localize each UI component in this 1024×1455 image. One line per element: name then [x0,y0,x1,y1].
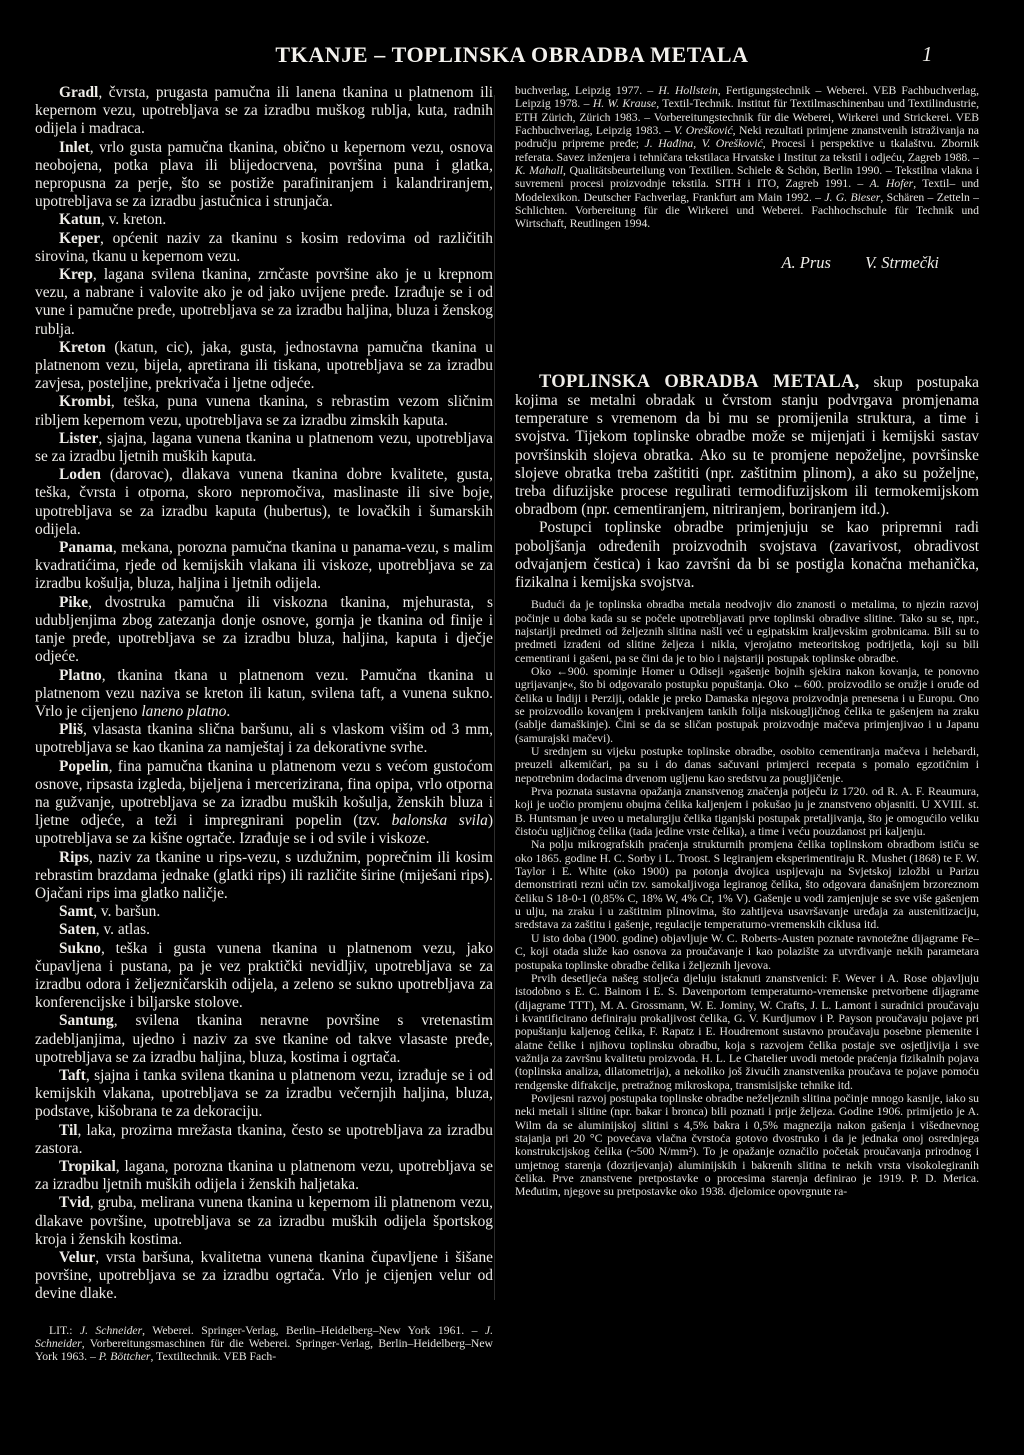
history-paragraph: U srednjem su vijeku postupke toplinske … [515,745,979,785]
history-paragraph: Prvih desetljeća našeg stoljeća djeluju … [515,972,979,1092]
dictionary-entry: Pike, dvostruka pamučna ili viskozna tka… [35,594,493,667]
bibliography-continuation: buchverlag, Leipzig 1977. – H. Hollstein… [515,84,979,231]
article-paragraph: Postupci toplinske obradbe primjenjuju s… [515,519,979,592]
dictionary-entry: Keper, općenit naziv za tkaninu s kosim … [35,230,493,266]
history-paragraph: Na polju mikrografskih praćenja struktur… [515,838,979,931]
dictionary-entries: Gradl, čvrsta, prugasta pamučna ili lane… [35,84,493,1304]
dictionary-entry: Krombi, teška, puna vunena tkanina, s re… [35,393,493,429]
dictionary-entry: Rips, naziv za tkanine u rips-vezu, s uz… [35,849,493,904]
page-number: 1 [922,42,933,67]
dictionary-entry: Panama, mekana, porozna pamučna tkanina … [35,539,493,594]
article-paragraph: TOPLINSKA OBRADBA METALA, skup postupaka… [515,373,979,520]
dictionary-entry: Til, laka, prozirna mrežasta tkanina, če… [35,1122,493,1158]
left-column: Gradl, čvrsta, prugasta pamučna ili lane… [35,84,493,1364]
dictionary-entry: Samt, v. baršun. [35,903,493,921]
dictionary-entry: Popelin, fina pamučna tkanina u platneno… [35,758,493,849]
dictionary-entry: Krep, lagana svilena tkanina, zrnčaste p… [35,266,493,339]
dictionary-entry: Pliš, vlasasta tkanina slična baršunu, a… [35,721,493,757]
author-name: A. Prus [781,253,831,273]
dictionary-entry: Loden (darovac), dlakava vunena tkanina … [35,466,493,539]
dictionary-entry: Gradl, čvrsta, prugasta pamučna ili lane… [35,84,493,139]
dictionary-entry: Velur, vrsta baršuna, kvalitetna vunena … [35,1249,493,1304]
dictionary-entry: Inlet, vrlo gusta pamučna tkanina, običn… [35,139,493,212]
right-column: buchverlag, Leipzig 1977. – H. Hollstein… [515,84,979,1364]
dictionary-entry: Tropikal, lagana, porozna tkanina u plat… [35,1158,493,1194]
history-paragraph: Budući da je toplinska obradba metala ne… [515,598,979,665]
history-paragraph: Prva poznata sustavna opažanja znanstven… [515,785,979,838]
scanned-encyclopedia-page: TKANJE – TOPLINSKA OBRADBA METALA 1 Grad… [0,0,1024,1455]
author-signature: A. Prus V. Strmečki [515,253,979,273]
dictionary-entry: Kreton (katun, cic), jaka, gusta, jednos… [35,339,493,394]
dictionary-entry: Sukno, teška i gusta vunena tkanina u pl… [35,940,493,1013]
page-title: TKANJE – TOPLINSKA OBRADBA METALA [0,42,1024,68]
dictionary-entry: Tvid, gruba, melirana vunena tkanina u k… [35,1194,493,1249]
article-toplinska-obradba-metala: TOPLINSKA OBRADBA METALA, skup postupaka… [515,373,979,1199]
dictionary-entry: Saten, v. atlas. [35,921,493,939]
dictionary-entry: Platno, tkanina tkana u platnenom vezu. … [35,667,493,722]
dictionary-entry: Santung, svilena tkanina neravne površin… [35,1012,493,1067]
history-paragraph: Povijesni razvoj postupaka toplinske obr… [515,1092,979,1199]
bibliography-paragraph: buchverlag, Leipzig 1977. – H. Hollstein… [515,84,979,231]
two-column-layout: Gradl, čvrsta, prugasta pamučna ili lane… [35,84,989,1364]
dictionary-entry: Katun, v. kreton. [35,211,493,229]
article-lead-paragraphs: TOPLINSKA OBRADBA METALA, skup postupaka… [515,373,979,592]
history-paragraph: Oko ←900. spominje Homer u Odiseji »gaše… [515,665,979,745]
dictionary-entry: Taft, sjajna i tanka svilena tkanina u p… [35,1067,493,1122]
history-paragraph: U isto doba (1900. godine) objavljuje W.… [515,932,979,972]
dictionary-entry: Lister, sjajna, lagana vunena tkanina u … [35,430,493,466]
literature-references: LIT.: J. Schneider, Weberei. Springer-Ve… [35,1324,493,1364]
lit-paragraph: LIT.: J. Schneider, Weberei. Springer-Ve… [35,1324,493,1364]
article-history-paragraphs: Budući da je toplinska obradba metala ne… [515,598,979,1198]
author-name: V. Strmečki [865,253,939,273]
